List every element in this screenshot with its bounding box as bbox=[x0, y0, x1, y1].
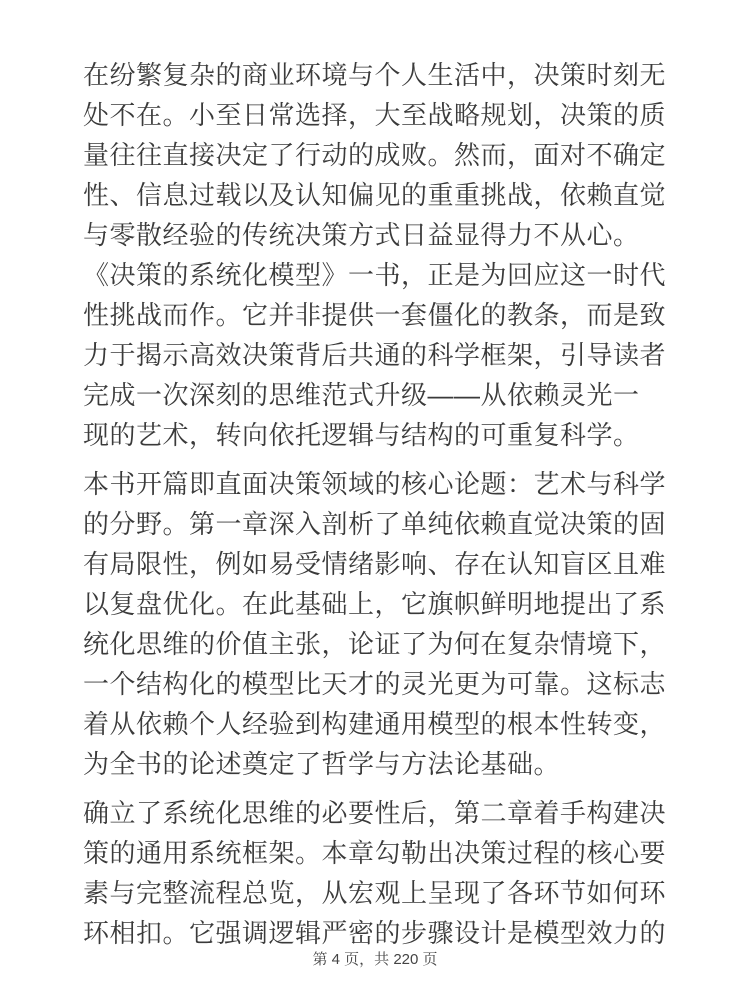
paragraph-2: 本书开篇即直面决策领域的核心论题：艺术与科学 的分野。第一章深入剖析了单纯依赖直… bbox=[83, 464, 683, 784]
paragraph-3: 确立了系统化思维的必要性后，第二章着手构建决 策的通用系统框架。本章勾勒出决策过… bbox=[83, 793, 683, 953]
page-content: 在纷繁复杂的商业环境与个人生活中，决策时刻无 处不在。小至日常选择，大至战略规划… bbox=[83, 55, 683, 962]
paragraph-1: 在纷繁复杂的商业环境与个人生活中，决策时刻无 处不在。小至日常选择，大至战略规划… bbox=[83, 55, 683, 455]
page-number-footer: 第 4 页，共 220 页 bbox=[0, 950, 750, 970]
document-page: 在纷繁复杂的商业环境与个人生活中，决策时刻无 处不在。小至日常选择，大至战略规划… bbox=[0, 0, 750, 1000]
